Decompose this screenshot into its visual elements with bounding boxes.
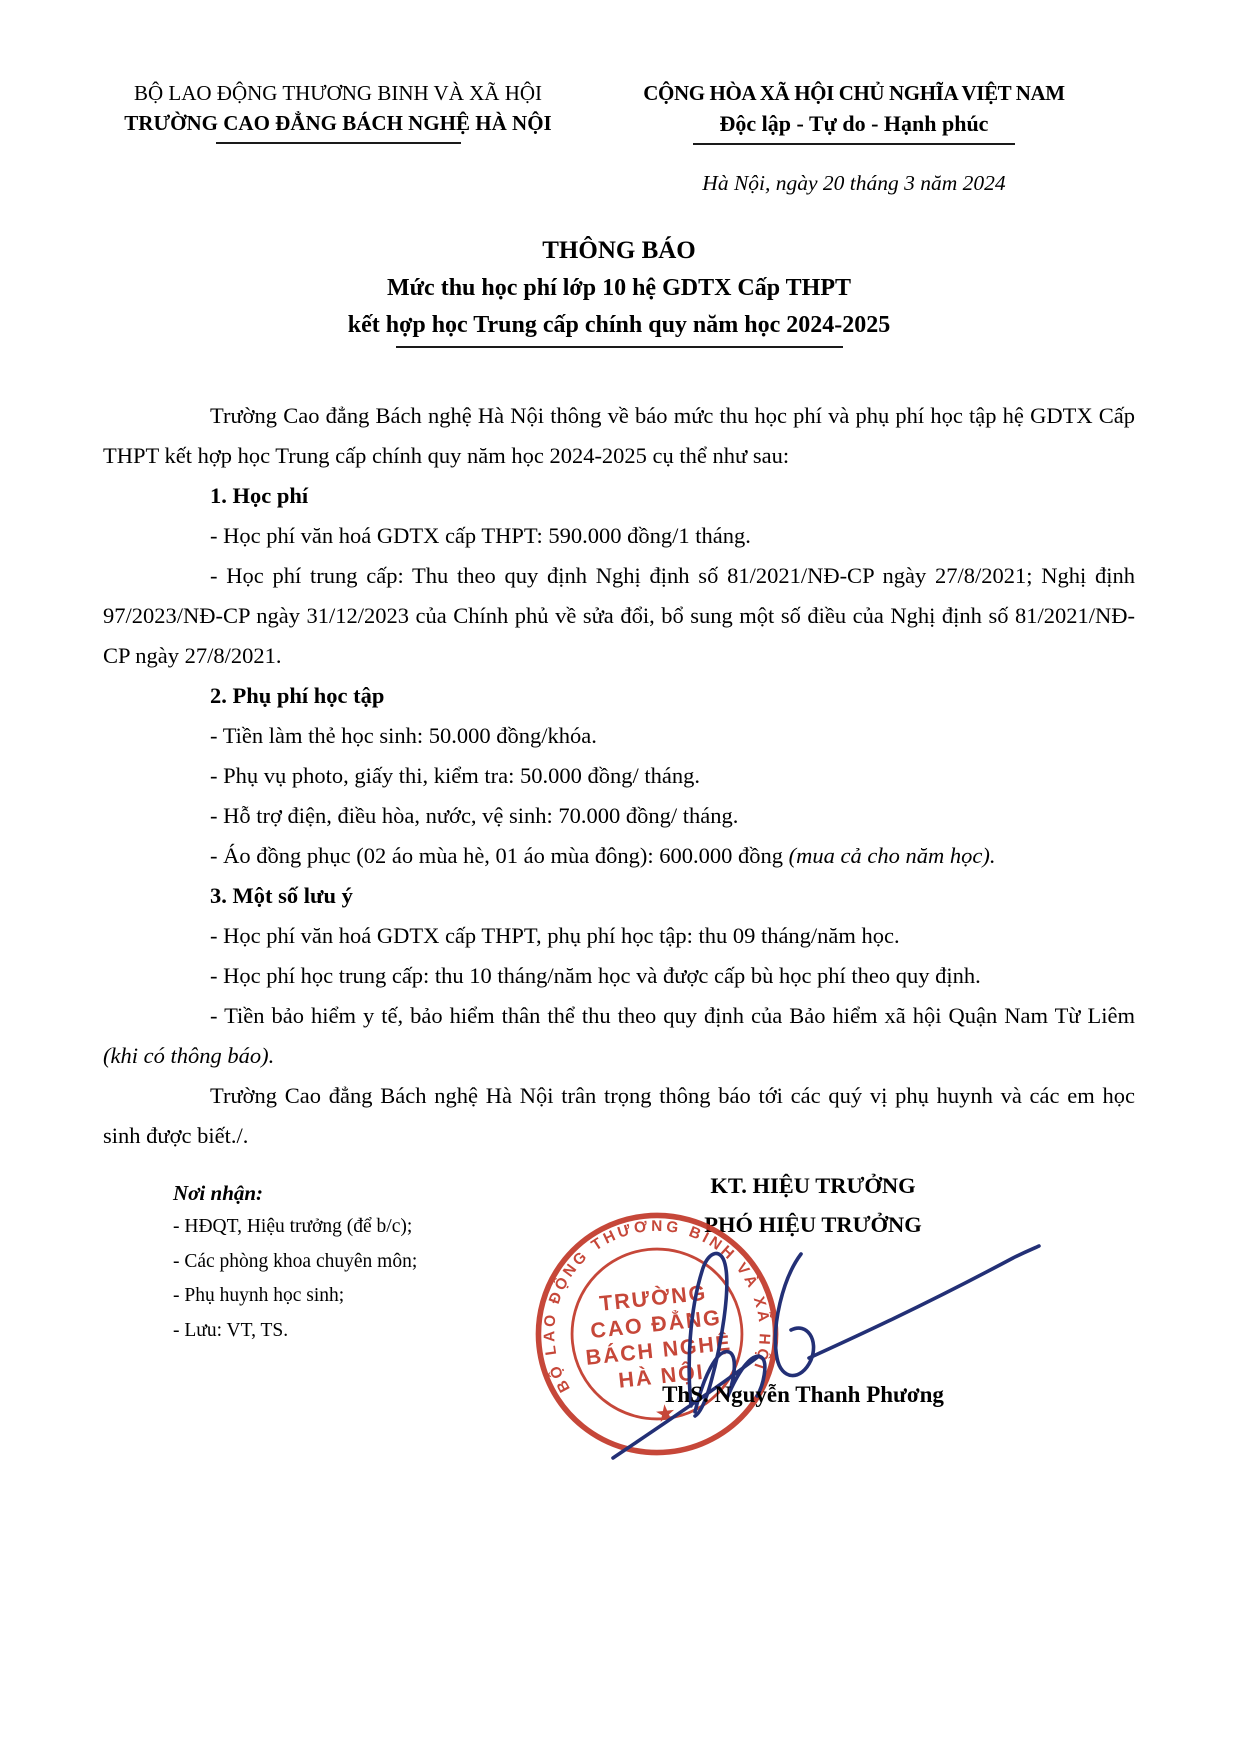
uniform-fee-note: (mua cả cho năm học). bbox=[789, 843, 996, 868]
signature-stroke bbox=[809, 1246, 1039, 1358]
section2-item4: - Áo đồng phục (02 áo mùa hè, 01 áo mùa … bbox=[103, 836, 1135, 876]
closing-paragraph: Trường Cao đẳng Bách nghệ Hà Nội trân tr… bbox=[103, 1076, 1135, 1156]
header-right-underline bbox=[693, 143, 1015, 145]
recipients-heading: Nơi nhận: bbox=[173, 1176, 417, 1210]
section3-item2: - Học phí học trung cấp: thu 10 tháng/nă… bbox=[103, 956, 1135, 996]
document-type: THÔNG BÁO bbox=[103, 232, 1135, 270]
recipient-item: - HĐQT, Hiệu trưởng (để b/c); bbox=[173, 1210, 417, 1245]
country-title: CỘNG HÒA XÃ HỘI CHỦ NGHĨA VIỆT NAM bbox=[573, 78, 1135, 108]
section3-item1: - Học phí văn hoá GDTX cấp THPT, phụ phí… bbox=[103, 916, 1135, 956]
recipient-item: - Phụ huynh học sinh; bbox=[173, 1279, 417, 1314]
intro-paragraph: Trường Cao đẳng Bách nghệ Hà Nội thông v… bbox=[103, 396, 1135, 476]
school-name: TRƯỜNG CAO ĐẲNG BÁCH NGHỆ HÀ NỘI bbox=[103, 108, 573, 139]
insurance-text: - Tiền bảo hiểm y tế, bảo hiểm thân thể … bbox=[210, 1003, 1135, 1028]
uniform-fee-text: - Áo đồng phục (02 áo mùa hè, 01 áo mùa … bbox=[210, 843, 789, 868]
document-title-block: THÔNG BÁO Mức thu học phí lớp 10 hệ GDTX… bbox=[103, 232, 1135, 348]
recipient-item: - Lưu: VT, TS. bbox=[173, 1314, 417, 1349]
signer-name: ThS. Nguyễn Thanh Phương bbox=[523, 1382, 1083, 1408]
section2-item2: - Phụ vụ photo, giấy thi, kiểm tra: 50.0… bbox=[103, 756, 1135, 796]
document-subject-line1: Mức thu học phí lớp 10 hệ GDTX Cấp THPT bbox=[103, 270, 1135, 307]
document-footer: Nơi nhận: - HĐQT, Hiệu trưởng (để b/c); … bbox=[103, 1170, 1135, 1640]
ministry-name: BỘ LAO ĐỘNG THƯƠNG BINH VÀ XÃ HỘI bbox=[103, 78, 573, 108]
title-underline bbox=[396, 346, 843, 348]
recipients-block: Nơi nhận: - HĐQT, Hiệu trưởng (để b/c); … bbox=[173, 1176, 417, 1348]
issuing-agency-block: BỘ LAO ĐỘNG THƯƠNG BINH VÀ XÃ HỘI TRƯỜNG… bbox=[103, 78, 573, 196]
document-header: BỘ LAO ĐỘNG THƯƠNG BINH VÀ XÃ HỘI TRƯỜNG… bbox=[103, 78, 1135, 196]
section3-heading: 3. Một số lưu ý bbox=[103, 876, 1135, 916]
document-subject-line2: kết hợp học Trung cấp chính quy năm học … bbox=[103, 307, 1135, 344]
section1-item1: - Học phí văn hoá GDTX cấp THPT: 590.000… bbox=[103, 516, 1135, 556]
section2-item3: - Hỗ trợ điện, điều hòa, nước, vệ sinh: … bbox=[103, 796, 1135, 836]
section1-item2: - Học phí trung cấp: Thu theo quy định N… bbox=[103, 556, 1135, 676]
section3-item3: - Tiền bảo hiểm y tế, bảo hiểm thân thể … bbox=[103, 996, 1135, 1076]
signer-title-line1: KT. HIỆU TRƯỞNG bbox=[553, 1166, 1073, 1205]
recipient-item: - Các phòng khoa chuyên môn; bbox=[173, 1245, 417, 1280]
section2-item1: - Tiền làm thẻ học sinh: 50.000 đồng/khó… bbox=[103, 716, 1135, 756]
insurance-note: (khi có thông báo). bbox=[103, 1043, 274, 1068]
section1-heading: 1. Học phí bbox=[103, 476, 1135, 516]
national-motto-block: CỘNG HÒA XÃ HỘI CHỦ NGHĨA VIỆT NAM Độc l… bbox=[573, 78, 1135, 196]
header-left-underline bbox=[216, 142, 461, 144]
document-body: Trường Cao đẳng Bách nghệ Hà Nội thông v… bbox=[103, 396, 1135, 1156]
document-page: BỘ LAO ĐỘNG THƯƠNG BINH VÀ XÃ HỘI TRƯỜNG… bbox=[0, 0, 1241, 1755]
place-and-date: Hà Nội, ngày 20 tháng 3 năm 2024 bbox=[573, 171, 1135, 196]
motto: Độc lập - Tự do - Hạnh phúc bbox=[573, 108, 1135, 140]
handwritten-signature bbox=[483, 1206, 1083, 1506]
section2-heading: 2. Phụ phí học tập bbox=[103, 676, 1135, 716]
